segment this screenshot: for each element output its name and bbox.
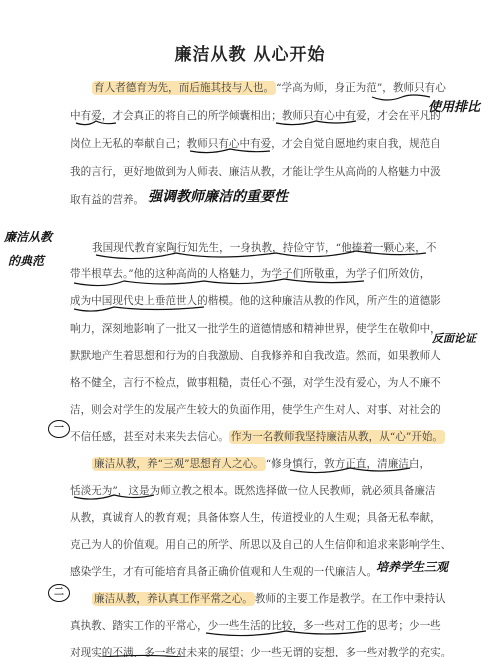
- text-line: 我的言行，更好地做到为人师表、廉洁从教，才能让学生从高尚的人格魅力中汲: [70, 164, 441, 179]
- text-line: 默默地产生着思想和行为的自我激励、自我修养和自我改造。然而，如果教师人: [70, 348, 441, 363]
- text-line: 取有益的营养。: [70, 192, 144, 207]
- annotation-importance: 强调教师廉洁的重要性: [148, 186, 288, 206]
- annotation-example-2: 的典范: [8, 252, 44, 269]
- annotation-three-views: 培养学生三观: [376, 558, 448, 575]
- annotation-example-1: 廉洁从教: [4, 228, 52, 245]
- annotation-parallelism: 使用排比: [428, 96, 480, 115]
- highlighted-sentence: 作为一名教师我坚持廉洁从教，从“心”开始。: [229, 430, 445, 444]
- highlighted-sentence: 廉洁从教，养“三观”思想育人之心。: [92, 457, 266, 471]
- text-line: 感染学生，才有可能培育具备正确价值观和人生观的一代廉洁人。: [70, 564, 377, 579]
- document-title: 廉洁从教 从心开始: [0, 40, 500, 65]
- section-two-marker: 二: [48, 584, 70, 602]
- text-line: 格不健全，言行不检点，做事粗糙，责任心不强，对学生没有爱心，为人不廉不: [70, 375, 441, 390]
- text-line: 恬淡无为”，这是为师立教之根本。既然选择做一位人民教师，就必须具备廉洁: [70, 483, 436, 498]
- text-line: 洁，则会对学生的发展产生较大的负面作用，使学生产生对人、对事、对社会的: [70, 402, 441, 417]
- highlighted-sentence: 廉洁从教，养认真工作平常之心。: [92, 592, 255, 606]
- text-line: 对现实的不满，多一些对未来的展望；少一些无谓的妄想，多一些对教学的充实。: [70, 645, 451, 657]
- text-line: 不信任感，甚至对未来失去信心。作为一名教师我坚持廉洁从教，从“心”开始。: [70, 429, 445, 444]
- text-line: 成为中国现代史上垂范世人的楷模。他的这种廉洁从教的作风，所产生的道德影: [70, 293, 441, 308]
- text-line: 廉洁从教，养“三观”思想育人之心。“修身慎行，敦方正直，清廉洁白，: [92, 456, 430, 471]
- text-line: 育人者德育为先，而后施其技与人也。“学高为师，身正为范”，教师只有心: [92, 80, 446, 95]
- text-line: 真执教、踏实工作的平常心，少一些生活的比较，多一些对工作的思考；少一些: [70, 618, 441, 633]
- annotation-contrast: 反面论证: [432, 330, 476, 346]
- text-line: 中有爱，才会真正的将自己的所学倾囊相出；教师只有心中有爱，才会在平凡的: [70, 108, 441, 123]
- text-line: 克己为人的价值观。用自己的所学、所思以及自己的人生信仰和追求来影响学生、: [70, 537, 451, 552]
- section-one-marker: 一: [48, 420, 70, 438]
- text-line: 从教，真诚育人的教育观；具备体察人生，传道授业的人生观；具备无私奉献，: [70, 510, 441, 525]
- text-line: 响力，深刻地影响了一批又一批学生的道德情感和精神世界，使学生在敬仰中，: [70, 321, 441, 336]
- text-line: 岗位上无私的奉献自己；教师只有心中有爱，才会自觉自愿地约束自我，规范自: [70, 136, 441, 151]
- highlighted-sentence: 育人者德育为先，而后施其技与人也。: [92, 81, 276, 95]
- text-line: 我国现代教育家陶行知先生，一身执教，持俭守节，“他捧着一颗心来，不: [92, 240, 436, 255]
- text-line: 带半根草去。”他的这种高尚的人格魅力，为学子们所敬重，为学子们所效仿，: [70, 266, 430, 281]
- text-line: 廉洁从教，养认真工作平常之心。教师的主要工作是教学。在工作中秉持认: [92, 591, 446, 606]
